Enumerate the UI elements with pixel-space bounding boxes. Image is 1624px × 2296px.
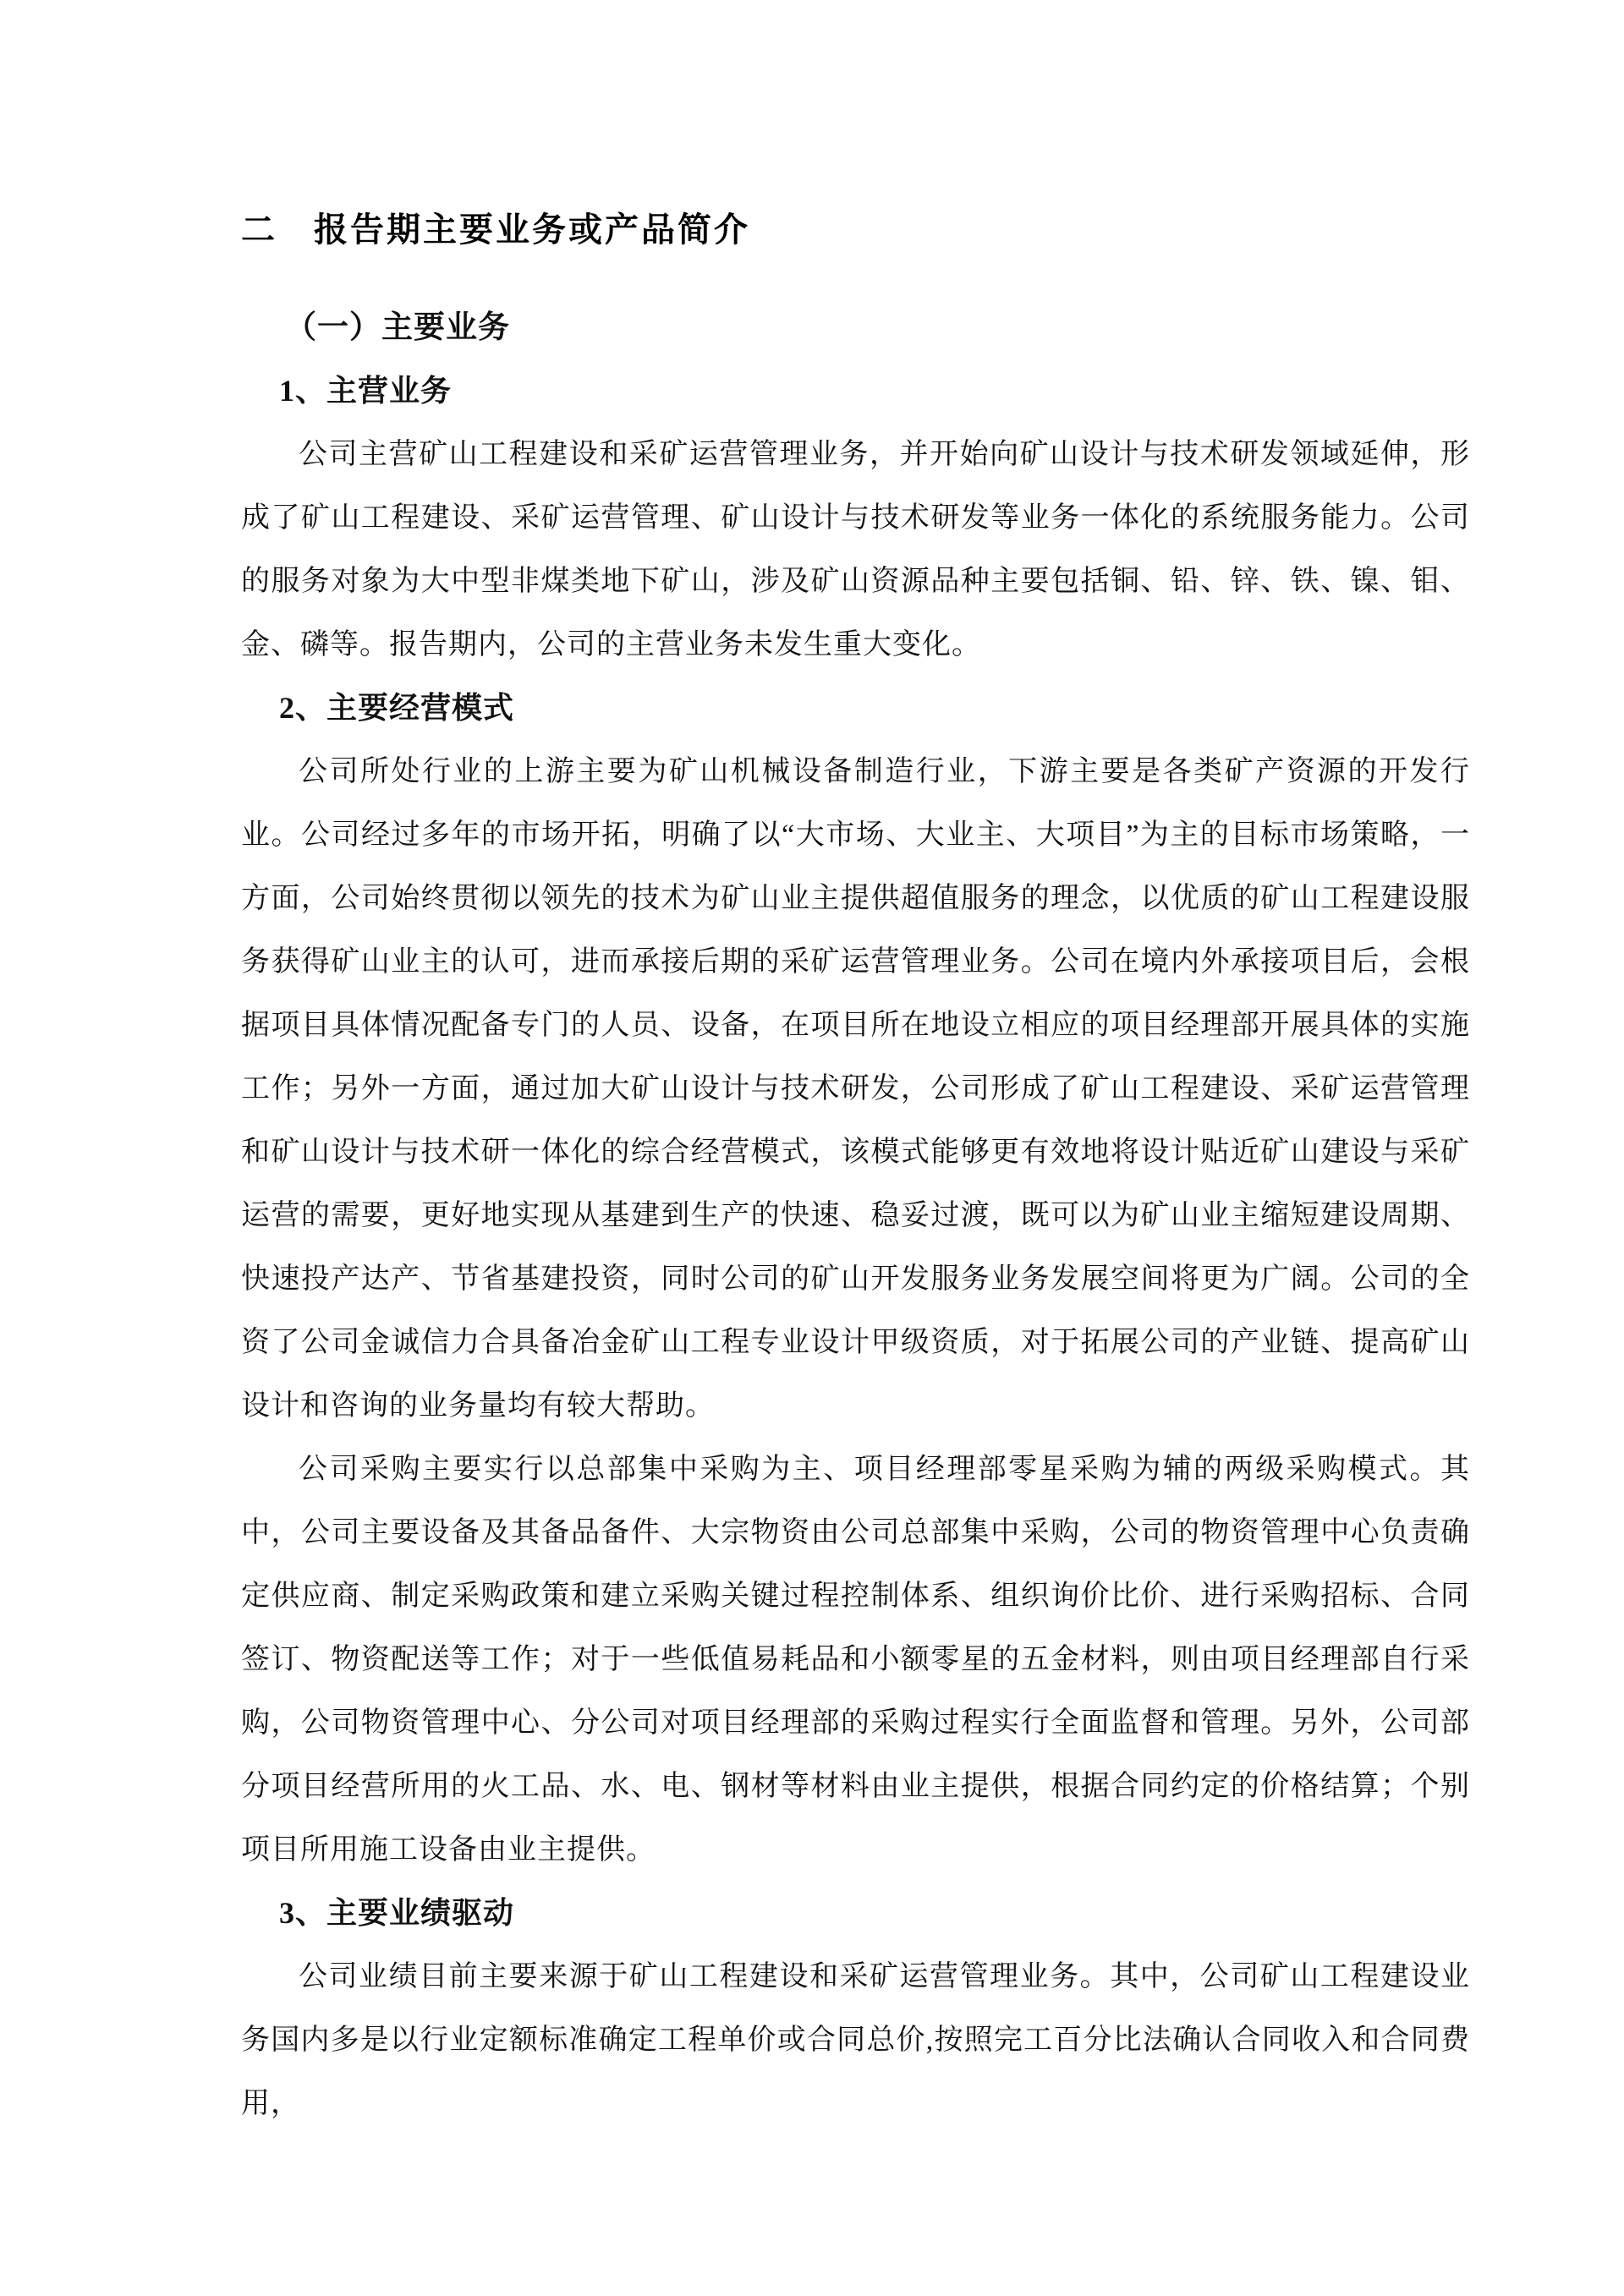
- subheading-main-operations: 1、主营业务: [279, 359, 1470, 423]
- document-page: 二 报告期主要业务或产品简介 （一）主要业务 1、主营业务 公司主营矿山工程建设…: [0, 0, 1624, 2296]
- subheading-performance-drivers: 3、主要业绩驱动: [279, 1882, 1470, 1945]
- section-heading-main-business: （一）主要业务: [285, 296, 1470, 359]
- paragraph-main-operations: 公司主营矿山工程建设和采矿运营管理业务，并开始向矿山设计与技术研发领域延伸，形成…: [241, 423, 1470, 677]
- paragraph-business-model: 公司所处行业的上游主要为矿山机械设备制造行业，下游主要是各类矿产资源的开发行业。…: [241, 740, 1470, 1438]
- doc-title: 二 报告期主要业务或产品简介: [241, 199, 1470, 262]
- paragraph-performance-drivers: 公司业绩目前主要来源于矿山工程建设和采矿运营管理业务。其中，公司矿山工程建设业务…: [241, 1945, 1470, 2135]
- subheading-business-model: 2、主要经营模式: [279, 677, 1470, 740]
- paragraph-procurement-model: 公司采购主要实行以总部集中采购为主、项目经理部零星采购为辅的两级采购模式。其中，…: [241, 1438, 1470, 1882]
